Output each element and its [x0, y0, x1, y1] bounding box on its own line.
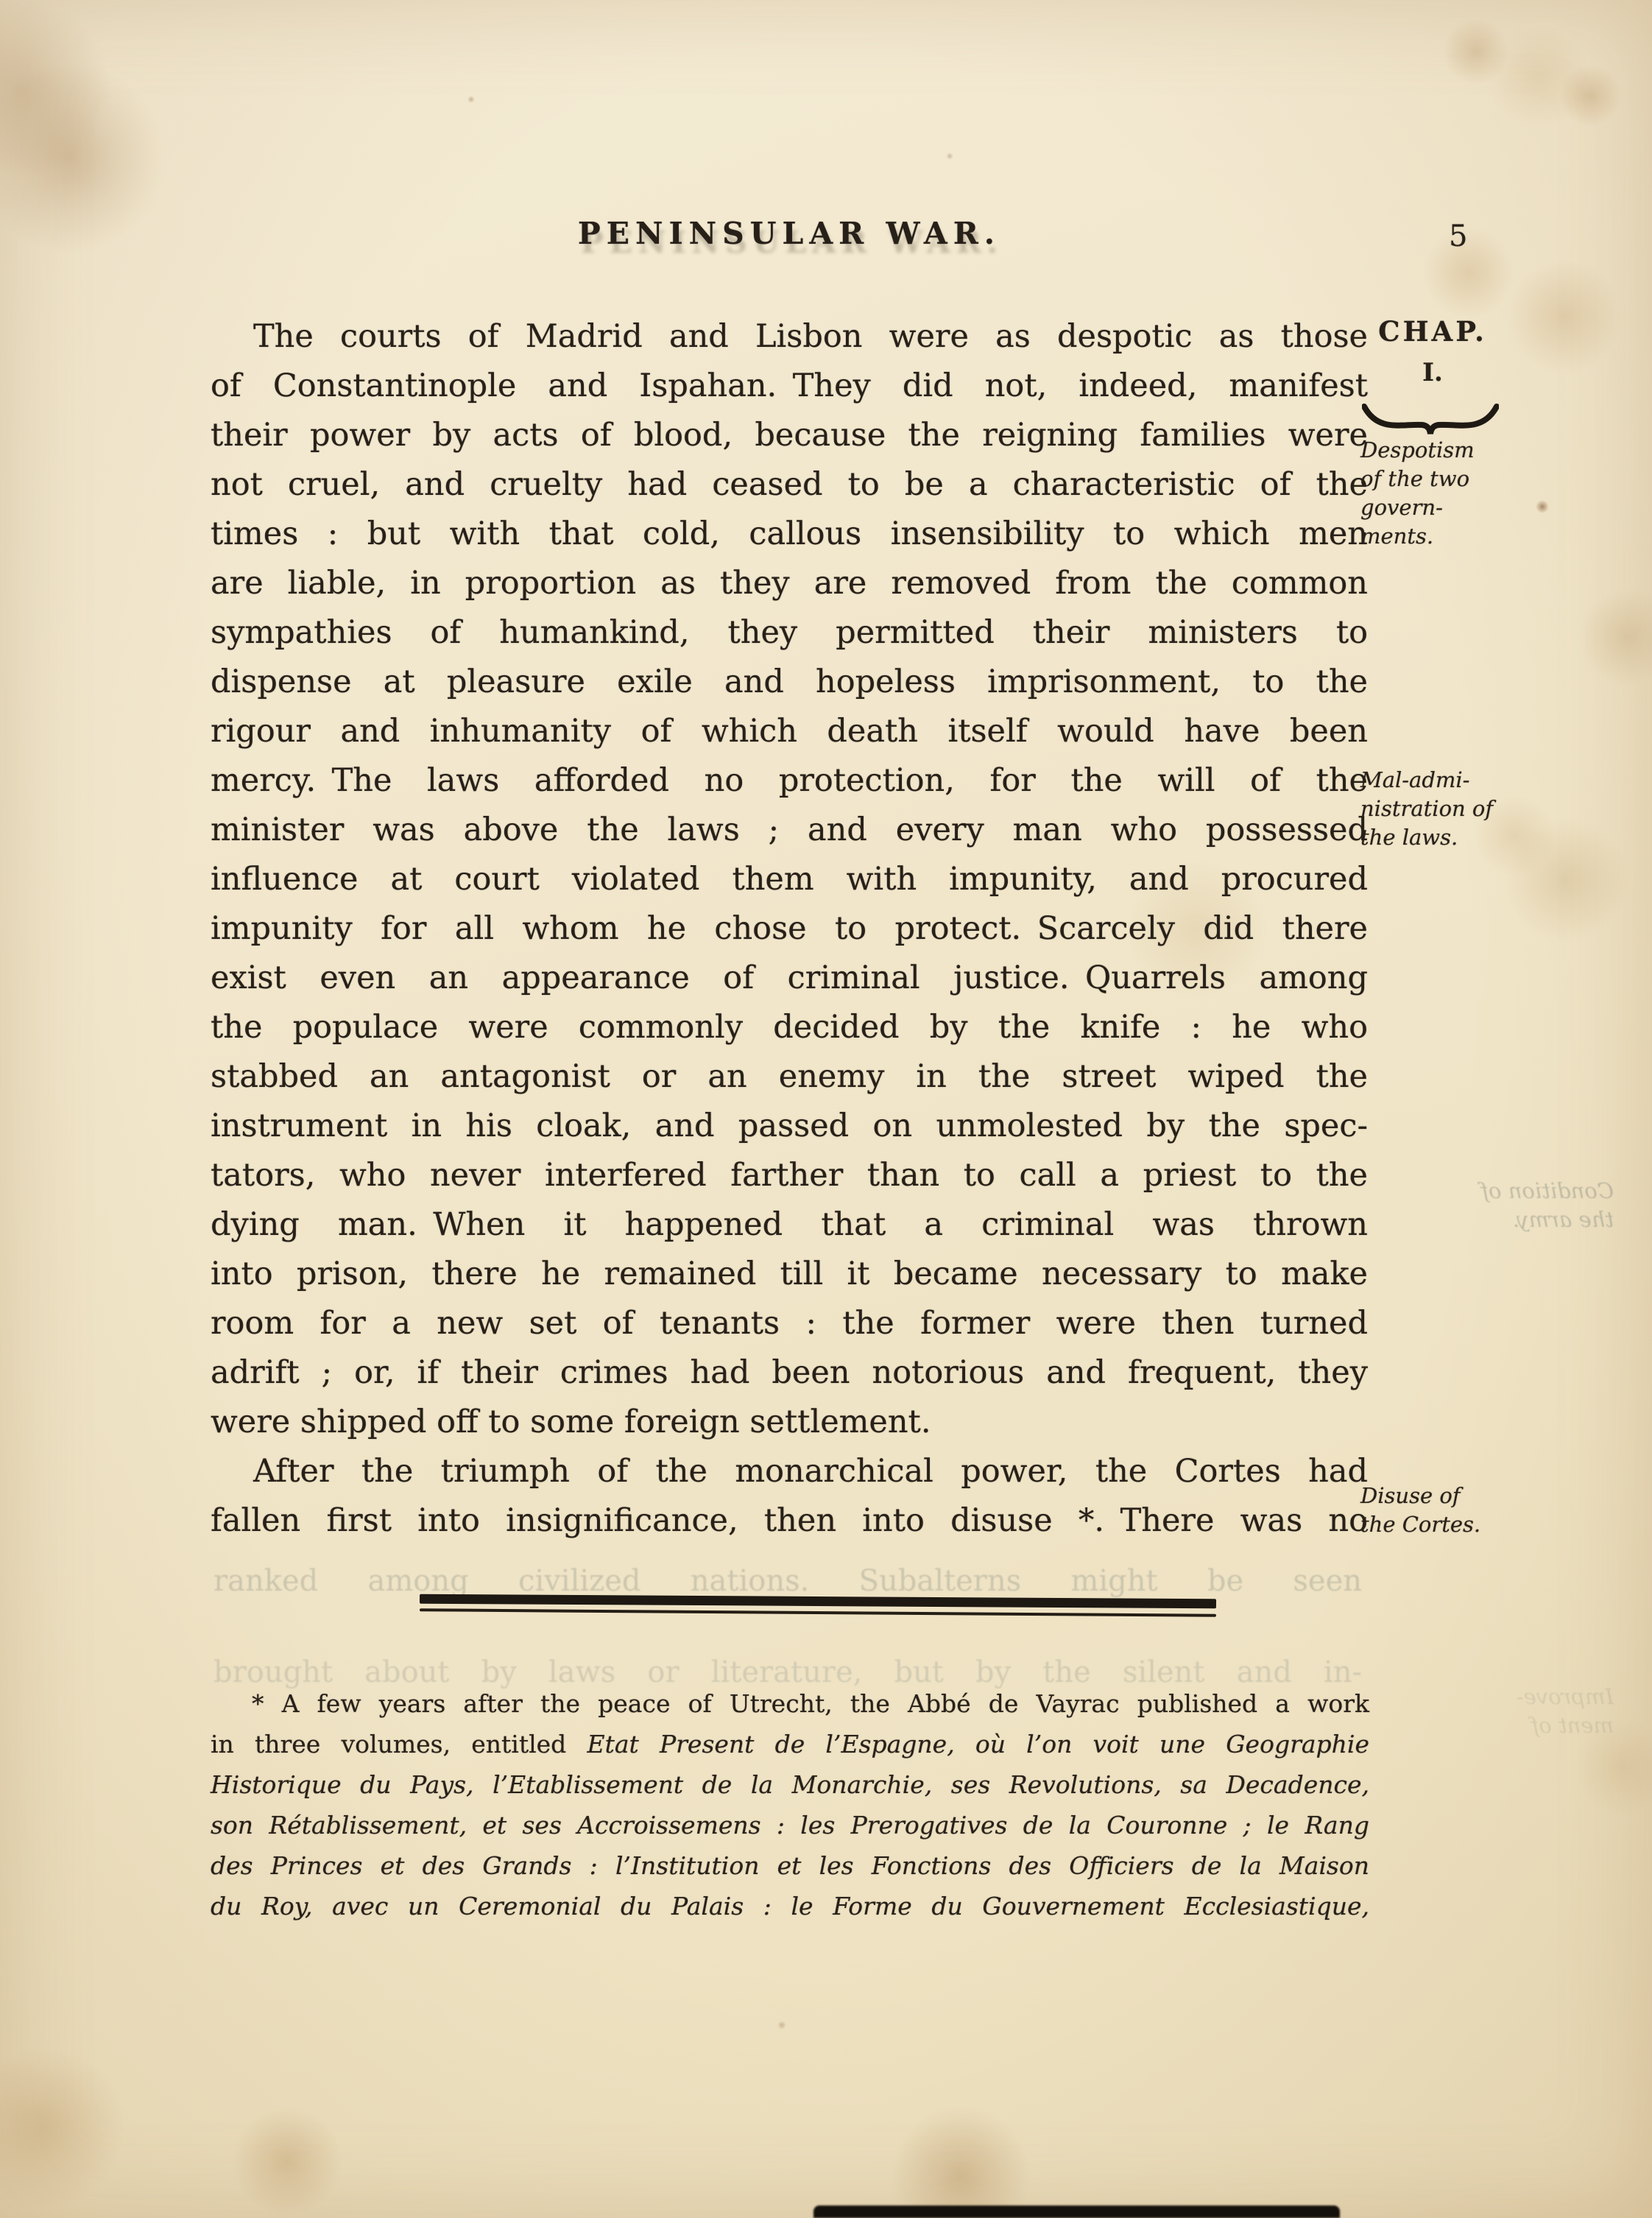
margin-note-despotism: Despotismof the twogovern-ments. [1360, 436, 1614, 551]
text-line: times : but with that cold, callous inse… [211, 510, 1368, 559]
text-line: des Princes et des Grands : l’Institutio… [211, 1845, 1369, 1886]
ghost-margin-note-condition: Condition ofthe army. [1360, 1177, 1614, 1234]
text-line: The courts of Madrid and Lisbon were as … [211, 312, 1368, 362]
text-line: ment of [1360, 1711, 1614, 1740]
text-line: Condition of [1360, 1177, 1614, 1205]
text-line: Disuse of [1360, 1482, 1614, 1510]
running-head: PENINSULAR WAR. [211, 216, 1368, 251]
text-line: stabbed an antagonist or an enemy in the… [211, 1052, 1368, 1102]
footnote-separator [420, 1596, 1216, 1614]
text-line: minister was above the laws ; and every … [211, 806, 1368, 855]
text-line: of the two [1360, 465, 1614, 493]
separator-thick-rule [420, 1594, 1216, 1609]
text-line: Despotism [1360, 436, 1614, 465]
text-line: influence at court violated them with im… [211, 855, 1368, 904]
footnote: * A few years after the peace of Utrecht… [211, 1683, 1369, 1926]
italic-run: Etat Present de l’Espagne, où l’on voit … [587, 1730, 1369, 1758]
margin-note-disuse: Disuse ofthe Cortes. [1360, 1482, 1614, 1539]
roman-run: in three volumes, entitled [211, 1730, 587, 1758]
margin-note-maladministration: Mal-admi-nistration ofthe laws. [1360, 766, 1614, 852]
text-line: impunity for all whom he chose to protec… [211, 904, 1368, 954]
text-line: were shipped off to some foreign settlem… [211, 1398, 1368, 1447]
text-line: room for a new set of tenants : the form… [211, 1299, 1368, 1348]
text-line: du Roy, avec un Ceremonial du Palais : l… [211, 1886, 1369, 1926]
text-line: rigour and inhumanity of which death its… [211, 707, 1368, 756]
showthrough-text-line: ranked among civilized nations. Subalter… [213, 1564, 1362, 1598]
text-line: mercy. The laws afforded no protection, … [211, 756, 1368, 806]
text-line: fallen first into insignificance, then i… [211, 1496, 1368, 1546]
text-line: instrument in his cloak, and passed on u… [211, 1102, 1368, 1151]
page-edge-shadow [813, 2205, 1340, 2218]
book-page: PENINSULAR WAR. 5 The courts of Madrid a… [0, 0, 1652, 2218]
text-line: govern- [1360, 493, 1614, 522]
text-line: nistration of [1360, 795, 1614, 823]
text-line: their power by acts of blood, because th… [211, 411, 1368, 460]
italic-run: Historique du Pays, l’Etablissement de l… [211, 1770, 1369, 1799]
text-line: * A few years after the peace of Utrecht… [211, 1683, 1369, 1724]
text-line: son Rétablissement, et ses Accroissemens… [211, 1805, 1369, 1845]
text-line: the laws. [1360, 823, 1614, 852]
text-line: dispense at pleasure exile and hopeless … [211, 658, 1368, 707]
text-line: ments. [1360, 522, 1614, 551]
text-line: Mal-admi- [1360, 766, 1614, 795]
chapter-label: CHAP. [1366, 315, 1499, 348]
italic-run: son Rétablissement, et ses Accroissemens… [211, 1811, 1369, 1839]
body-text: The courts of Madrid and Lisbon were as … [211, 312, 1368, 1546]
text-line: sympathies of humankind, they permitted … [211, 608, 1368, 658]
text-line: exist even an appearance of criminal jus… [211, 954, 1368, 1003]
text-line: the army. [1360, 1205, 1614, 1234]
text-line: the populace were commonly decided by th… [211, 1003, 1368, 1052]
roman-run: * A few years after the peace of Utrecht… [252, 1689, 1369, 1718]
text-line: not cruel, and cruelty had ceased to be … [211, 460, 1368, 510]
text-line: tators, who never interfered farther tha… [211, 1151, 1368, 1200]
paragraph: After the triumph of the monarchical pow… [211, 1447, 1368, 1546]
brace-icon [1362, 402, 1499, 436]
text-line: dying man. When it happened that a crimi… [211, 1200, 1368, 1250]
text-line: the Cortes. [1360, 1510, 1614, 1539]
separator-thin-rule [420, 1608, 1216, 1617]
ghost-margin-note-improvement: Improve-ment of [1360, 1683, 1614, 1740]
text-line: in three volumes, entitled Etat Present … [211, 1724, 1369, 1764]
text-line: into prison, there he remained till it b… [211, 1250, 1368, 1299]
page-number: 5 [1449, 219, 1508, 253]
italic-run: des Princes et des Grands : l’Institutio… [211, 1851, 1369, 1880]
chapter-numeral: I. [1366, 358, 1499, 387]
text-line: Historique du Pays, l’Etablissement de l… [211, 1764, 1369, 1805]
italic-run: du Roy, avec un Ceremonial du Palais : l… [211, 1892, 1369, 1920]
text-line: After the triumph of the monarchical pow… [211, 1447, 1368, 1496]
chapter-heading: CHAP. I. [1366, 315, 1499, 387]
text-line: are liable, in proportion as they are re… [211, 559, 1368, 608]
text-line: of Constantinople and Ispahan. They did … [211, 362, 1368, 411]
text-line: Improve- [1360, 1683, 1614, 1711]
paragraph: The courts of Madrid and Lisbon were as … [211, 312, 1368, 1447]
text-line: adrift ; or, if their crimes had been no… [211, 1348, 1368, 1398]
